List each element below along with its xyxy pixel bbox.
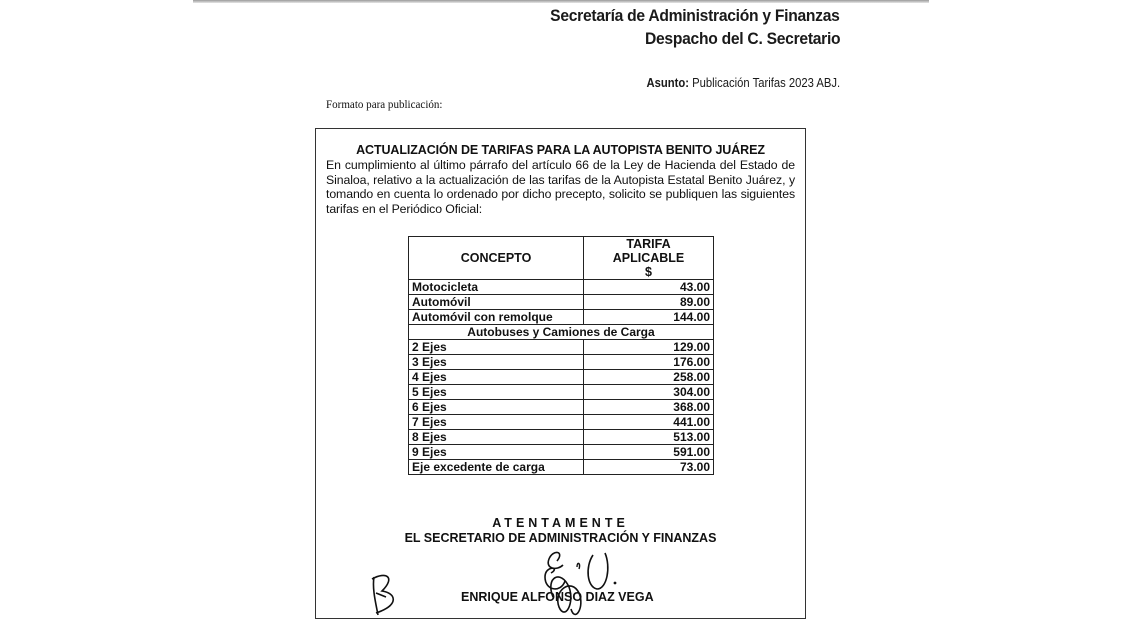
concepto-cell: 9 Ejes — [409, 445, 584, 460]
tarifa-cell: 591.00 — [584, 445, 714, 460]
table-header-row: CONCEPTO TARIFA APLICABLE $ — [409, 237, 714, 280]
box-body: En cumplimiento al último párrafo del ar… — [326, 158, 795, 216]
table-section-row: Autobuses y Camiones de Carga — [409, 325, 714, 340]
concepto-cell: Automóvil con remolque — [409, 310, 584, 325]
tarifa-cell: 304.00 — [584, 385, 714, 400]
tarifa-cell: 144.00 — [584, 310, 714, 325]
table-row: 5 Ejes304.00 — [409, 385, 714, 400]
tarifa-cell: 73.00 — [584, 460, 714, 475]
concepto-cell: 3 Ejes — [409, 355, 584, 370]
handwritten-signature — [531, 547, 641, 627]
box-title: ACTUALIZACIÓN DE TARIFAS PARA LA AUTOPIS… — [316, 143, 805, 157]
table-row: 8 Ejes513.00 — [409, 430, 714, 445]
concepto-cell: 8 Ejes — [409, 430, 584, 445]
concepto-cell: 7 Ejes — [409, 415, 584, 430]
signer-name: ENRIQUE ALFONSO DIAZ VEGA — [461, 590, 654, 604]
tarifa-cell: 513.00 — [584, 430, 714, 445]
table-row: 3 Ejes176.00 — [409, 355, 714, 370]
tarifa-cell: 129.00 — [584, 340, 714, 355]
formato-label: Formato para publicación: — [326, 97, 443, 112]
table-row: Automóvil con remolque144.00 — [409, 310, 714, 325]
table-row: 4 Ejes258.00 — [409, 370, 714, 385]
table-row: 9 Ejes591.00 — [409, 445, 714, 460]
header-tarifa: TARIFA APLICABLE $ — [584, 237, 714, 280]
concepto-cell: Eje excedente de carga — [409, 460, 584, 475]
table-row: 7 Ejes441.00 — [409, 415, 714, 430]
concepto-cell: 6 Ejes — [409, 400, 584, 415]
publication-box: ACTUALIZACIÓN DE TARIFAS PARA LA AUTOPIS… — [315, 128, 806, 619]
header-tarifa-line2: APLICABLE — [613, 251, 685, 265]
page-edge — [193, 0, 929, 3]
tarifa-cell: 441.00 — [584, 415, 714, 430]
concepto-cell: Motocicleta — [409, 280, 584, 295]
concepto-cell: 4 Ejes — [409, 370, 584, 385]
concepto-cell: Automóvil — [409, 295, 584, 310]
tarifa-cell: 176.00 — [584, 355, 714, 370]
asunto-label: Asunto: — [646, 76, 688, 90]
asunto-value: Publicación Tarifas 2023 ABJ. — [692, 76, 840, 90]
section-label: Autobuses y Camiones de Carga — [409, 325, 714, 340]
tarifa-cell: 258.00 — [584, 370, 714, 385]
concepto-cell: 2 Ejes — [409, 340, 584, 355]
tariff-table: CONCEPTO TARIFA APLICABLE $ Motocicleta4… — [408, 236, 714, 475]
atentamente: ATENTAMENTE — [316, 516, 805, 530]
tarifa-cell: 43.00 — [584, 280, 714, 295]
header-tarifa-line1: TARIFA — [626, 237, 670, 251]
concepto-cell: 5 Ejes — [409, 385, 584, 400]
tarifa-cell: 368.00 — [584, 400, 714, 415]
tarifa-cell: 89.00 — [584, 295, 714, 310]
signer-title: EL SECRETARIO DE ADMINISTRACIÓN Y FINANZ… — [316, 531, 805, 545]
header-concepto: CONCEPTO — [409, 237, 584, 280]
table-row: 2 Ejes129.00 — [409, 340, 714, 355]
table-row: Automóvil89.00 — [409, 295, 714, 310]
initial-signature — [366, 569, 406, 619]
table-row: 6 Ejes368.00 — [409, 400, 714, 415]
header-tarifa-line3: $ — [645, 265, 652, 279]
header-despacho: Despacho del C. Secretario — [645, 29, 840, 49]
table-row: Eje excedente de carga73.00 — [409, 460, 714, 475]
table-row: Motocicleta43.00 — [409, 280, 714, 295]
header-dependencia: Secretaría de Administración y Finanzas — [551, 6, 840, 26]
asunto-line: Asunto: Publicación Tarifas 2023 ABJ. — [646, 76, 840, 90]
